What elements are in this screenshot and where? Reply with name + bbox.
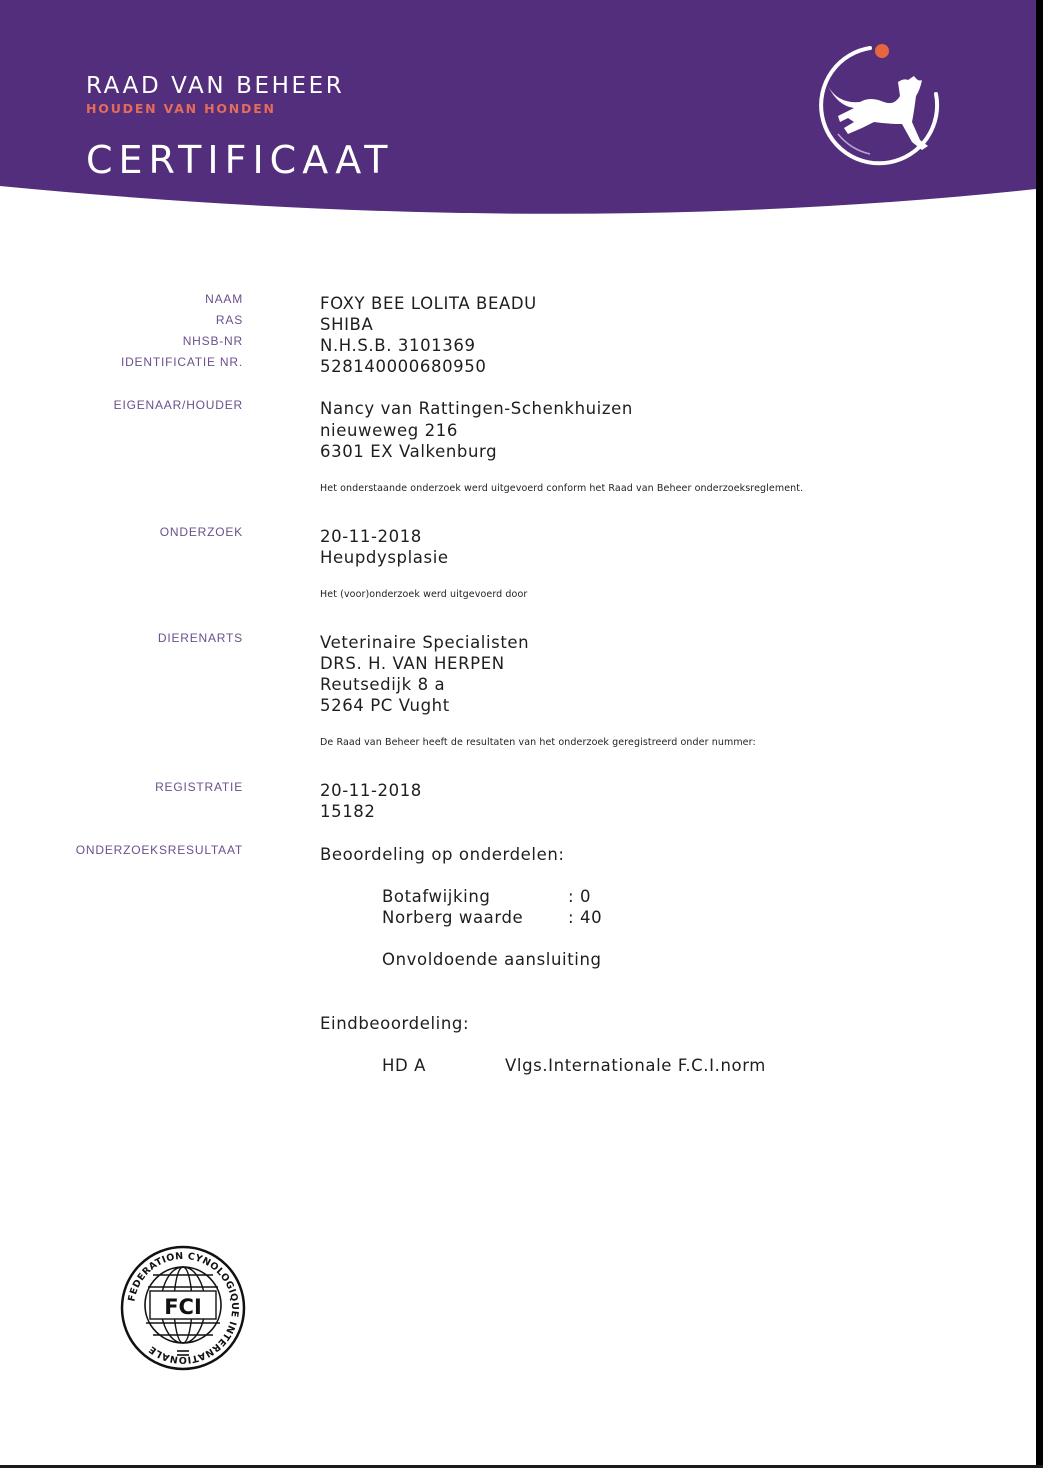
brand-name: RAAD VAN BEHEER [86, 72, 344, 100]
owner-name: Nancy van Rattingen-Schenkhuizen [320, 398, 633, 419]
result-item-name: Norberg waarde [382, 907, 523, 928]
performed-by-note: Het (voor)onderzoek werd uitgevoerd door [320, 589, 527, 601]
regulation-note: Het onderstaande onderzoek werd uitgevoe… [320, 483, 803, 495]
nhsb-label: NHSB-NR [183, 331, 243, 352]
owner-street: nieuweweg 216 [320, 420, 458, 441]
result-item-value: : 0 [568, 886, 591, 907]
examination-type: Heupdysplasie [320, 547, 449, 568]
result-remark: Onvoldoende aansluiting [382, 949, 602, 970]
owner-label: EIGENAAR/HOUDER [114, 395, 243, 416]
registration-number: 15182 [320, 801, 376, 822]
examination-date: 20-11-2018 [320, 526, 422, 547]
vet-street: Reutsedijk 8 a [320, 674, 445, 695]
final-norm: Vlgs.Internationale F.C.I.norm [505, 1055, 766, 1076]
brand-tagline: HOUDEN VAN HONDEN [86, 101, 276, 117]
registration-date: 20-11-2018 [320, 780, 422, 801]
name-label: NAAM [205, 289, 243, 310]
registered-note: De Raad van Beheer heeft de resultaten v… [320, 737, 756, 749]
dog-breed: SHIBA [320, 314, 373, 335]
leaping-dog-logo-icon [818, 42, 952, 166]
vet-practice: Veterinaire Specialisten [320, 632, 529, 653]
vet-city: 5264 PC Vught [320, 695, 450, 716]
dog-name: FOXY BEE LOLITA BEADU [320, 293, 537, 314]
vet-label: DIERENARTS [158, 628, 243, 649]
result-item-value: : 40 [568, 907, 602, 928]
final-grade: HD A [382, 1055, 426, 1076]
result-label: ONDERZOEKSRESULTAAT [76, 840, 243, 861]
page-title: CERTIFICAAT [86, 138, 394, 182]
identification-label: IDENTIFICATIE NR. [121, 352, 243, 373]
identification-number: 528140000680950 [320, 356, 486, 377]
owner-city: 6301 EX Valkenburg [320, 441, 497, 462]
examination-label: ONDERZOEK [160, 522, 243, 543]
breed-label: RAS [216, 310, 243, 331]
nhsb-number: N.H.S.B. 3101369 [320, 335, 476, 356]
parts-heading: Beoordeling op onderdelen: [320, 844, 565, 865]
result-item-name: Botafwijking [382, 886, 490, 907]
registration-label: REGISTRATIE [155, 777, 243, 798]
certificate-page: RAAD VAN BEHEER HOUDEN VAN HONDEN CERTIF… [0, 0, 1036, 1465]
final-heading: Eindbeoordeling: [320, 1013, 469, 1034]
vet-name: DRS. H. VAN HERPEN [320, 653, 505, 674]
svg-text:FCI: FCI [164, 1295, 202, 1319]
fci-globe-seal-icon: FEDERATION CYNOLOGIQUE INTERNATIONALE FC… [120, 1245, 246, 1371]
